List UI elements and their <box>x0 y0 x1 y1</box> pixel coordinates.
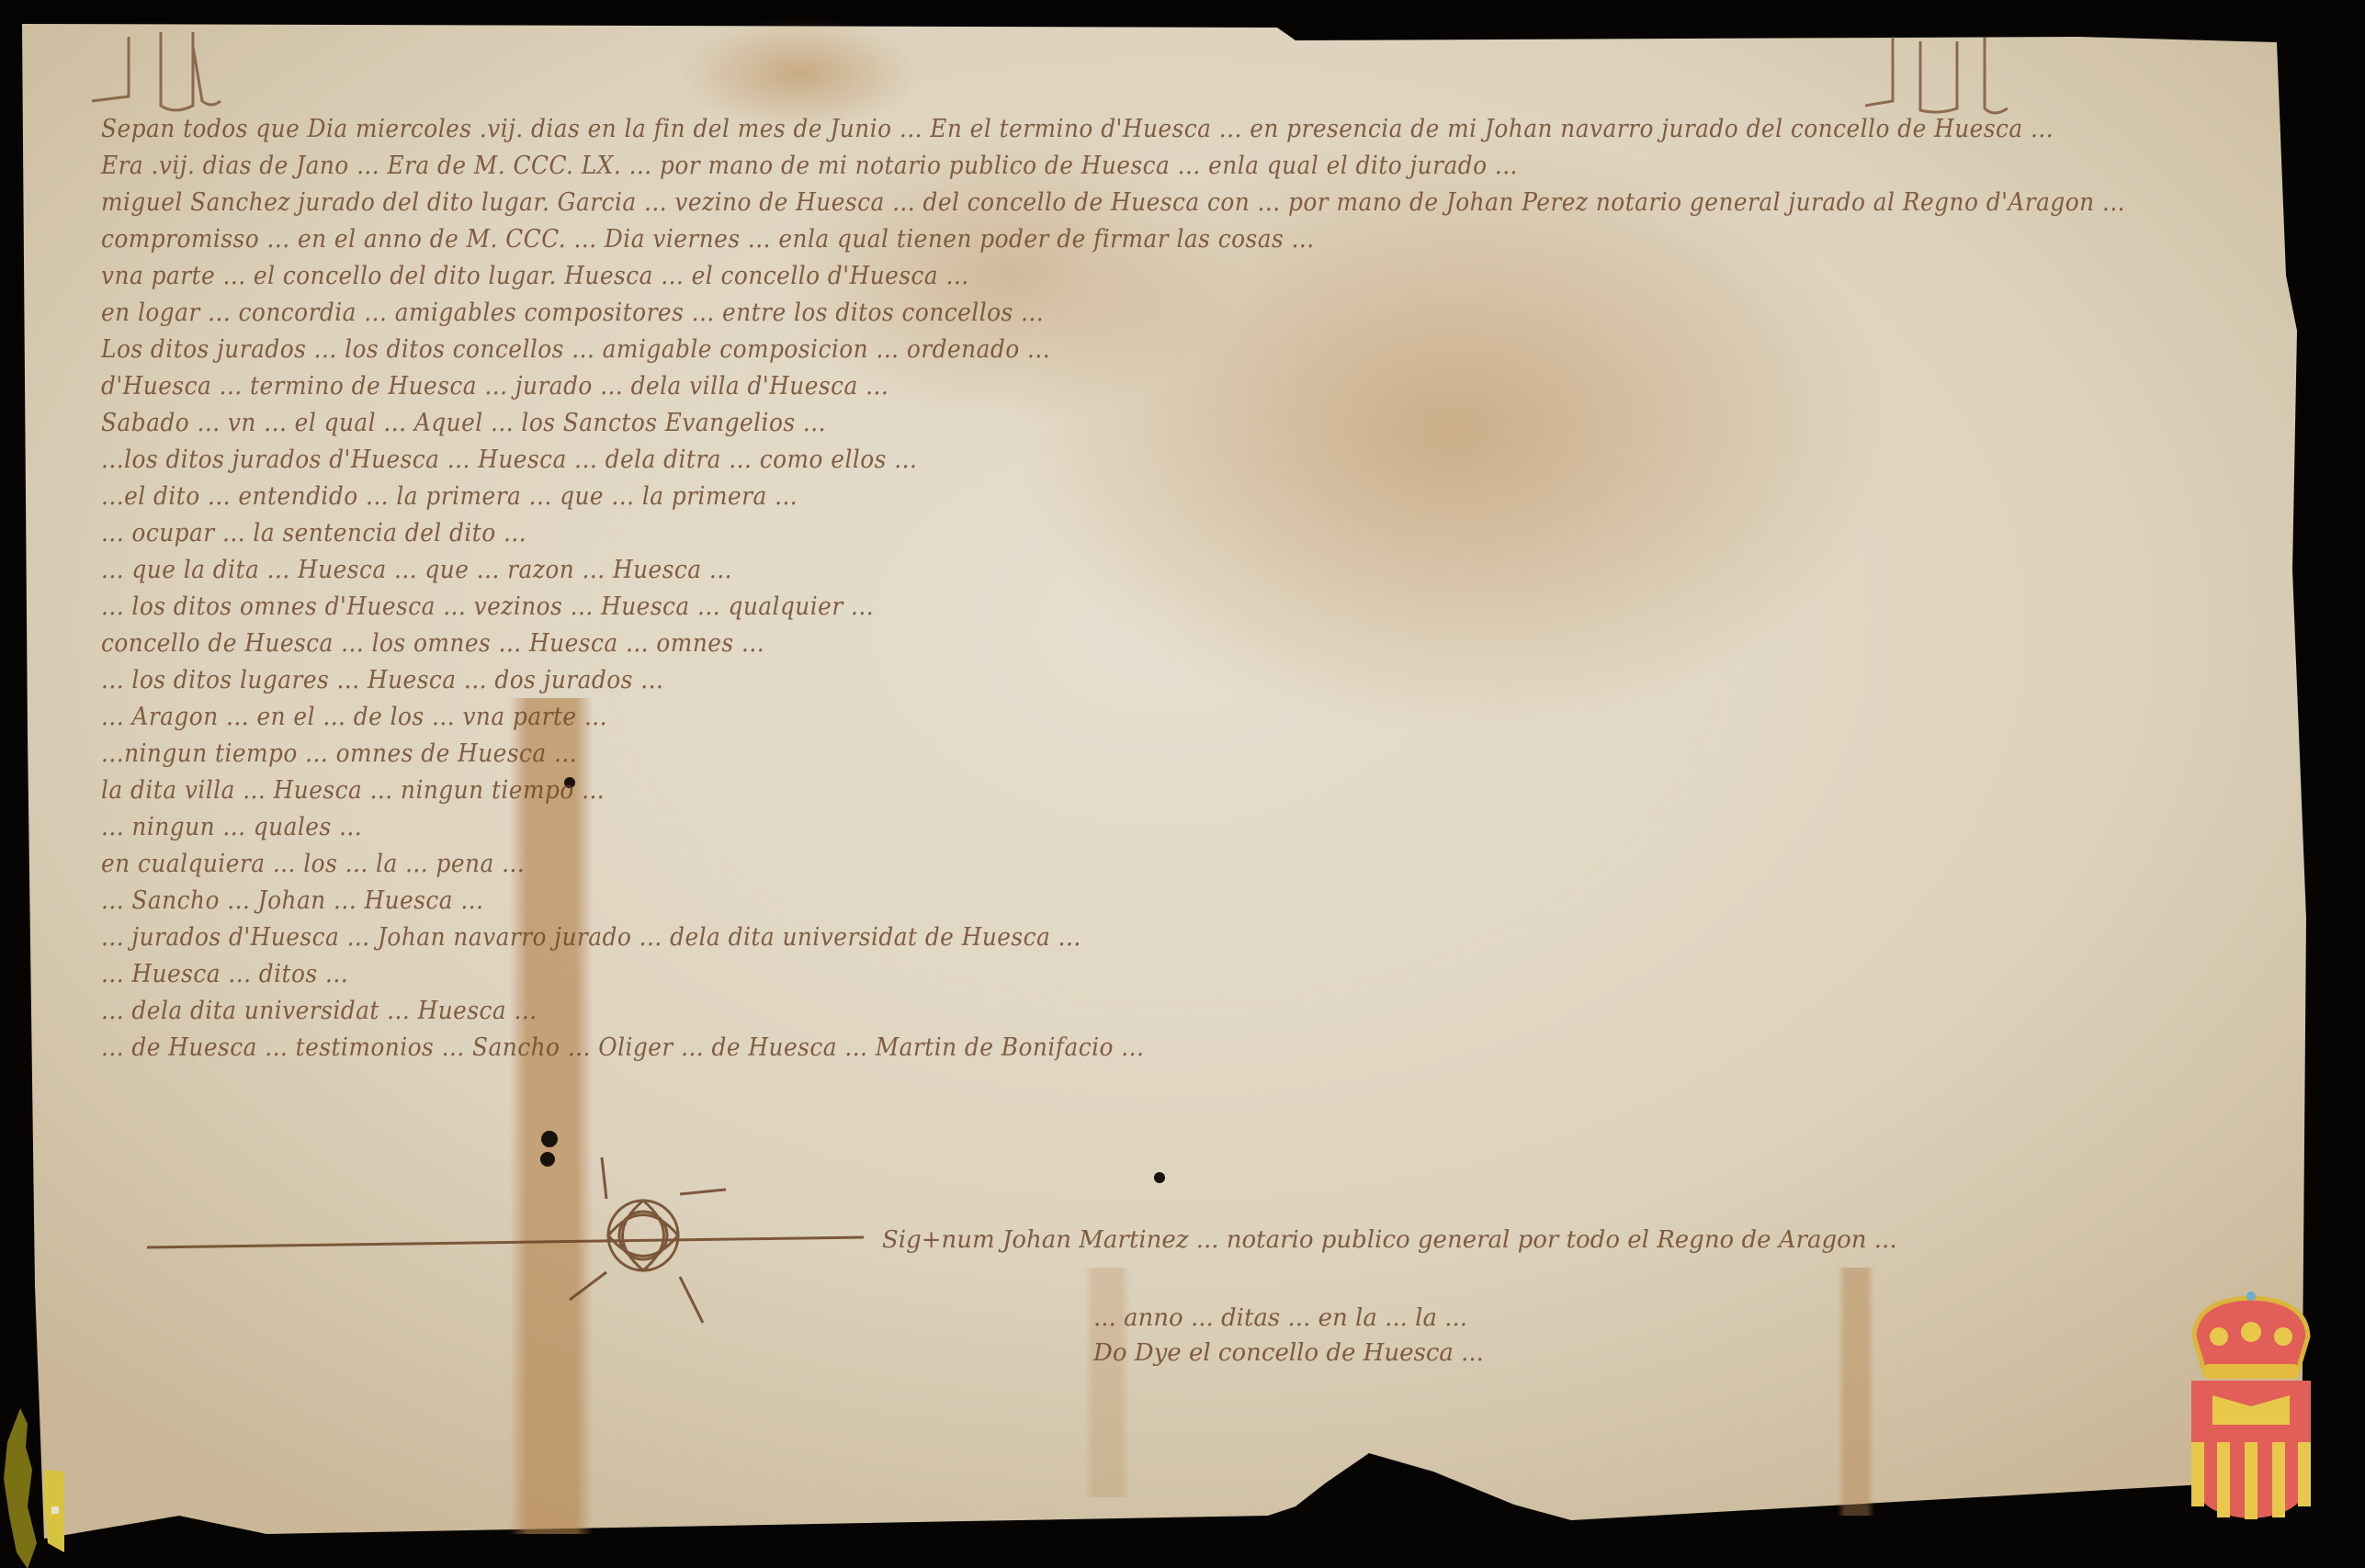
text-line: ...los ditos jurados d'Huesca ... Huesca… <box>101 446 917 474</box>
text-line: Era .vij. dias de Jano ... Era de M. CCC… <box>101 152 1518 180</box>
text-line: Los ditos jurados ... los ditos concello… <box>101 335 1050 364</box>
text-line: ...ningun tiempo ... omnes de Huesca ... <box>101 739 577 768</box>
coat-of-arms-icon <box>2187 1291 2315 1520</box>
document-photo: Sepan todos que Dia miercoles .vij. dias… <box>0 0 2365 1568</box>
text-line: ... jurados d'Huesca ... Johan navarro j… <box>101 923 1081 952</box>
text-line: la dita villa ... Huesca ... ningun tiem… <box>101 776 605 805</box>
notary-signature-line: Sig+num Johan Martinez ... notario publi… <box>882 1226 1897 1254</box>
text-line: ...el dito ... entendido ... la primera … <box>101 482 798 511</box>
text-line: en logar ... concordia ... amigables com… <box>101 299 1044 327</box>
text-line: ... Huesca ... ditos ... <box>101 960 348 988</box>
closing-line: Do Dye el concello de Huesca ... <box>1093 1339 1484 1367</box>
text-line: d'Huesca ... termino de Huesca ... jurad… <box>101 372 888 400</box>
text-line: vna parte ... el concello del dito lugar… <box>101 262 969 290</box>
text-line: concello de Huesca ... los omnes ... Hue… <box>101 629 764 658</box>
text-line: compromisso ... en el anno de M. CCC. ..… <box>101 225 1315 254</box>
text-line: ... los ditos lugares ... Huesca ... dos… <box>101 666 663 694</box>
text-line: en cualquiera ... los ... la ... pena ..… <box>101 850 525 878</box>
text-line: ... Sancho ... Johan ... Huesca ... <box>101 886 483 915</box>
text-line: ... ocupar ... la sentencia del dito ... <box>101 519 526 547</box>
closing-line: ... anno ... ditas ... en la ... la ... <box>1093 1304 1467 1332</box>
text-line: ... que la dita ... Huesca ... que ... r… <box>101 556 732 584</box>
text-line: ... de Huesca ... testimonios ... Sancho… <box>101 1033 1144 1062</box>
map-logo-icon <box>0 1405 64 1568</box>
text-line: miguel Sanchez jurado del dito lugar. Ga… <box>101 188 2125 217</box>
text-line: ... Aragon ... en el ... de los ... vna … <box>101 703 607 731</box>
text-line: ... dela dita universidat ... Huesca ... <box>101 997 537 1025</box>
text-line: ... los ditos omnes d'Huesca ... vezinos… <box>101 592 874 621</box>
text-line: Sabado ... vn ... el qual ... Aquel ... … <box>101 409 826 437</box>
text-line: ... ningun ... quales ... <box>101 813 362 841</box>
text-line: Sepan todos que Dia miercoles .vij. dias… <box>101 115 2054 143</box>
